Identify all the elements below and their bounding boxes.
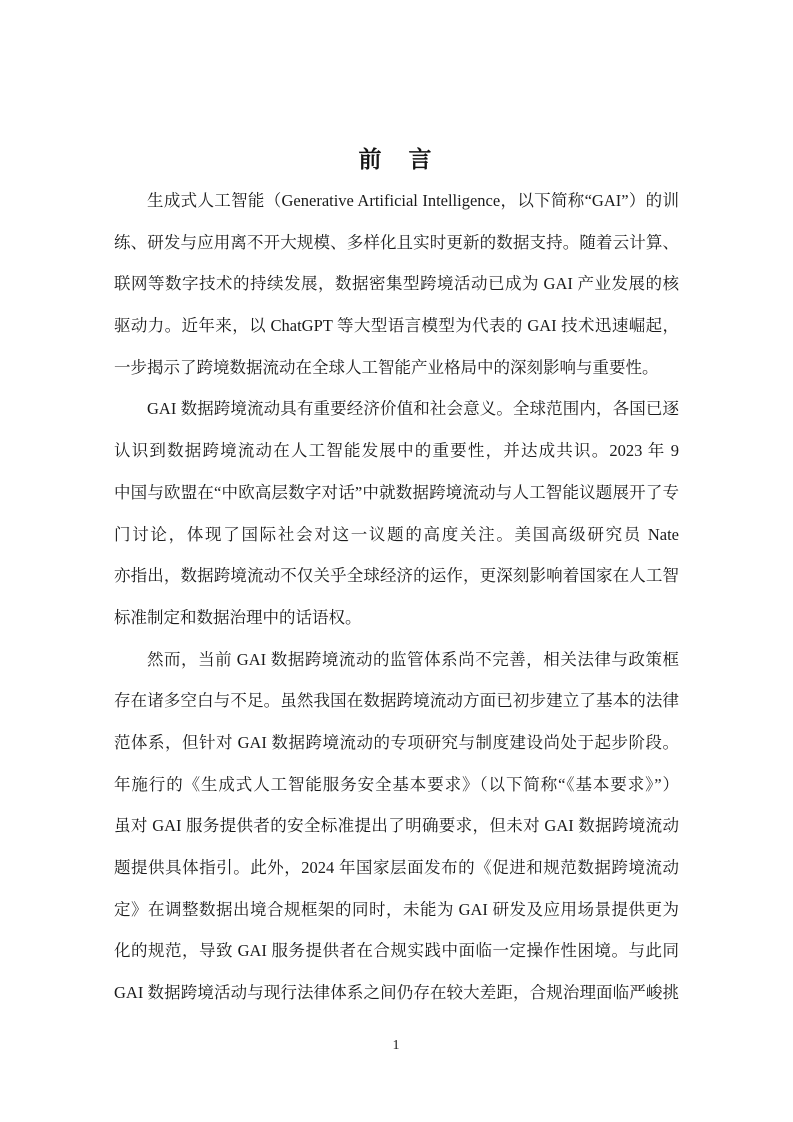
page-title: 前 言 [113,141,679,174]
text-line: 认识到数据跨境流动在人工智能发展中的重要性，并达成共识。2023 年 9 月， [114,430,679,472]
text-line: GAI 数据跨境活动与现行法律体系之间仍存在较大差距，合规治理面临严峻挑 [114,972,679,1014]
text-line: 题提供具体指引。此外，2024 年国家层面发布的《促进和规范数据跨境流动规 [114,847,679,889]
text-line: 亦指出，数据跨境流动不仅关乎全球经济的运作，更深刻影响着国家在人工智能 [114,555,679,597]
text-line: 定》在调整数据出境合规框架的同时，未能为 GAI 研发及应用场景提供更为细 [114,889,679,931]
text-line: 一步揭示了跨境数据流动在全球人工智能产业格局中的深刻影响与重要性。 [114,347,679,389]
text-line: 然而，当前 GAI 数据跨境流动的监管体系尚不完善，相关法律与政策框架 [114,639,679,681]
text-line: 驱动力。近年来，以 ChatGPT 等大型语言模型为代表的 GAI 技术迅速崛起… [114,305,679,347]
text-line: 虽对 GAI 服务提供者的安全标准提出了明确要求，但未对 GAI 数据跨境流动问 [114,805,679,847]
document-page: 前 言 生成式人工智能（Generative Artificial Intell… [0,0,793,1122]
page-number: 1 [113,1038,679,1054]
text-line: 范体系，但针对 GAI 数据跨境流动的专项研究与制度建设尚处于起步阶段。2024 [114,722,679,764]
text-line: 标准制定和数据治理中的话语权。 [114,597,679,639]
text-line: 化的规范，导致 GAI 服务提供者在合规实践中面临一定操作性困境。与此同时， [114,930,679,972]
text-line: 中国与欧盟在“中欧高层数字对话”中就数据跨境流动与人工智能议题展开了专 [114,472,679,514]
text-line: 联网等数字技术的持续发展，数据密集型跨境活动已成为 GAI 产业发展的核心 [114,263,679,305]
document-body: 生成式人工智能（Generative Artificial Intelligen… [114,180,679,1014]
text-line: 练、研发与应用离不开大规模、多样化且实时更新的数据支持。随着云计算、物 [114,222,679,264]
text-line: 年施行的《生成式人工智能服务安全基本要求》（以下简称“《基本要求》”） [114,764,679,806]
text-line: 生成式人工智能（Generative Artificial Intelligen… [114,180,679,222]
text-line: 存在诸多空白与不足。虽然我国在数据跨境流动方面已初步建立了基本的法律规 [114,680,679,722]
text-line: 门讨论，体现了国际社会对这一议题的高度关注。美国高级研究员 Nate Picar… [114,514,679,556]
text-line: GAI 数据跨境流动具有重要经济价值和社会意义。全球范围内，各国已逐渐 [114,388,679,430]
